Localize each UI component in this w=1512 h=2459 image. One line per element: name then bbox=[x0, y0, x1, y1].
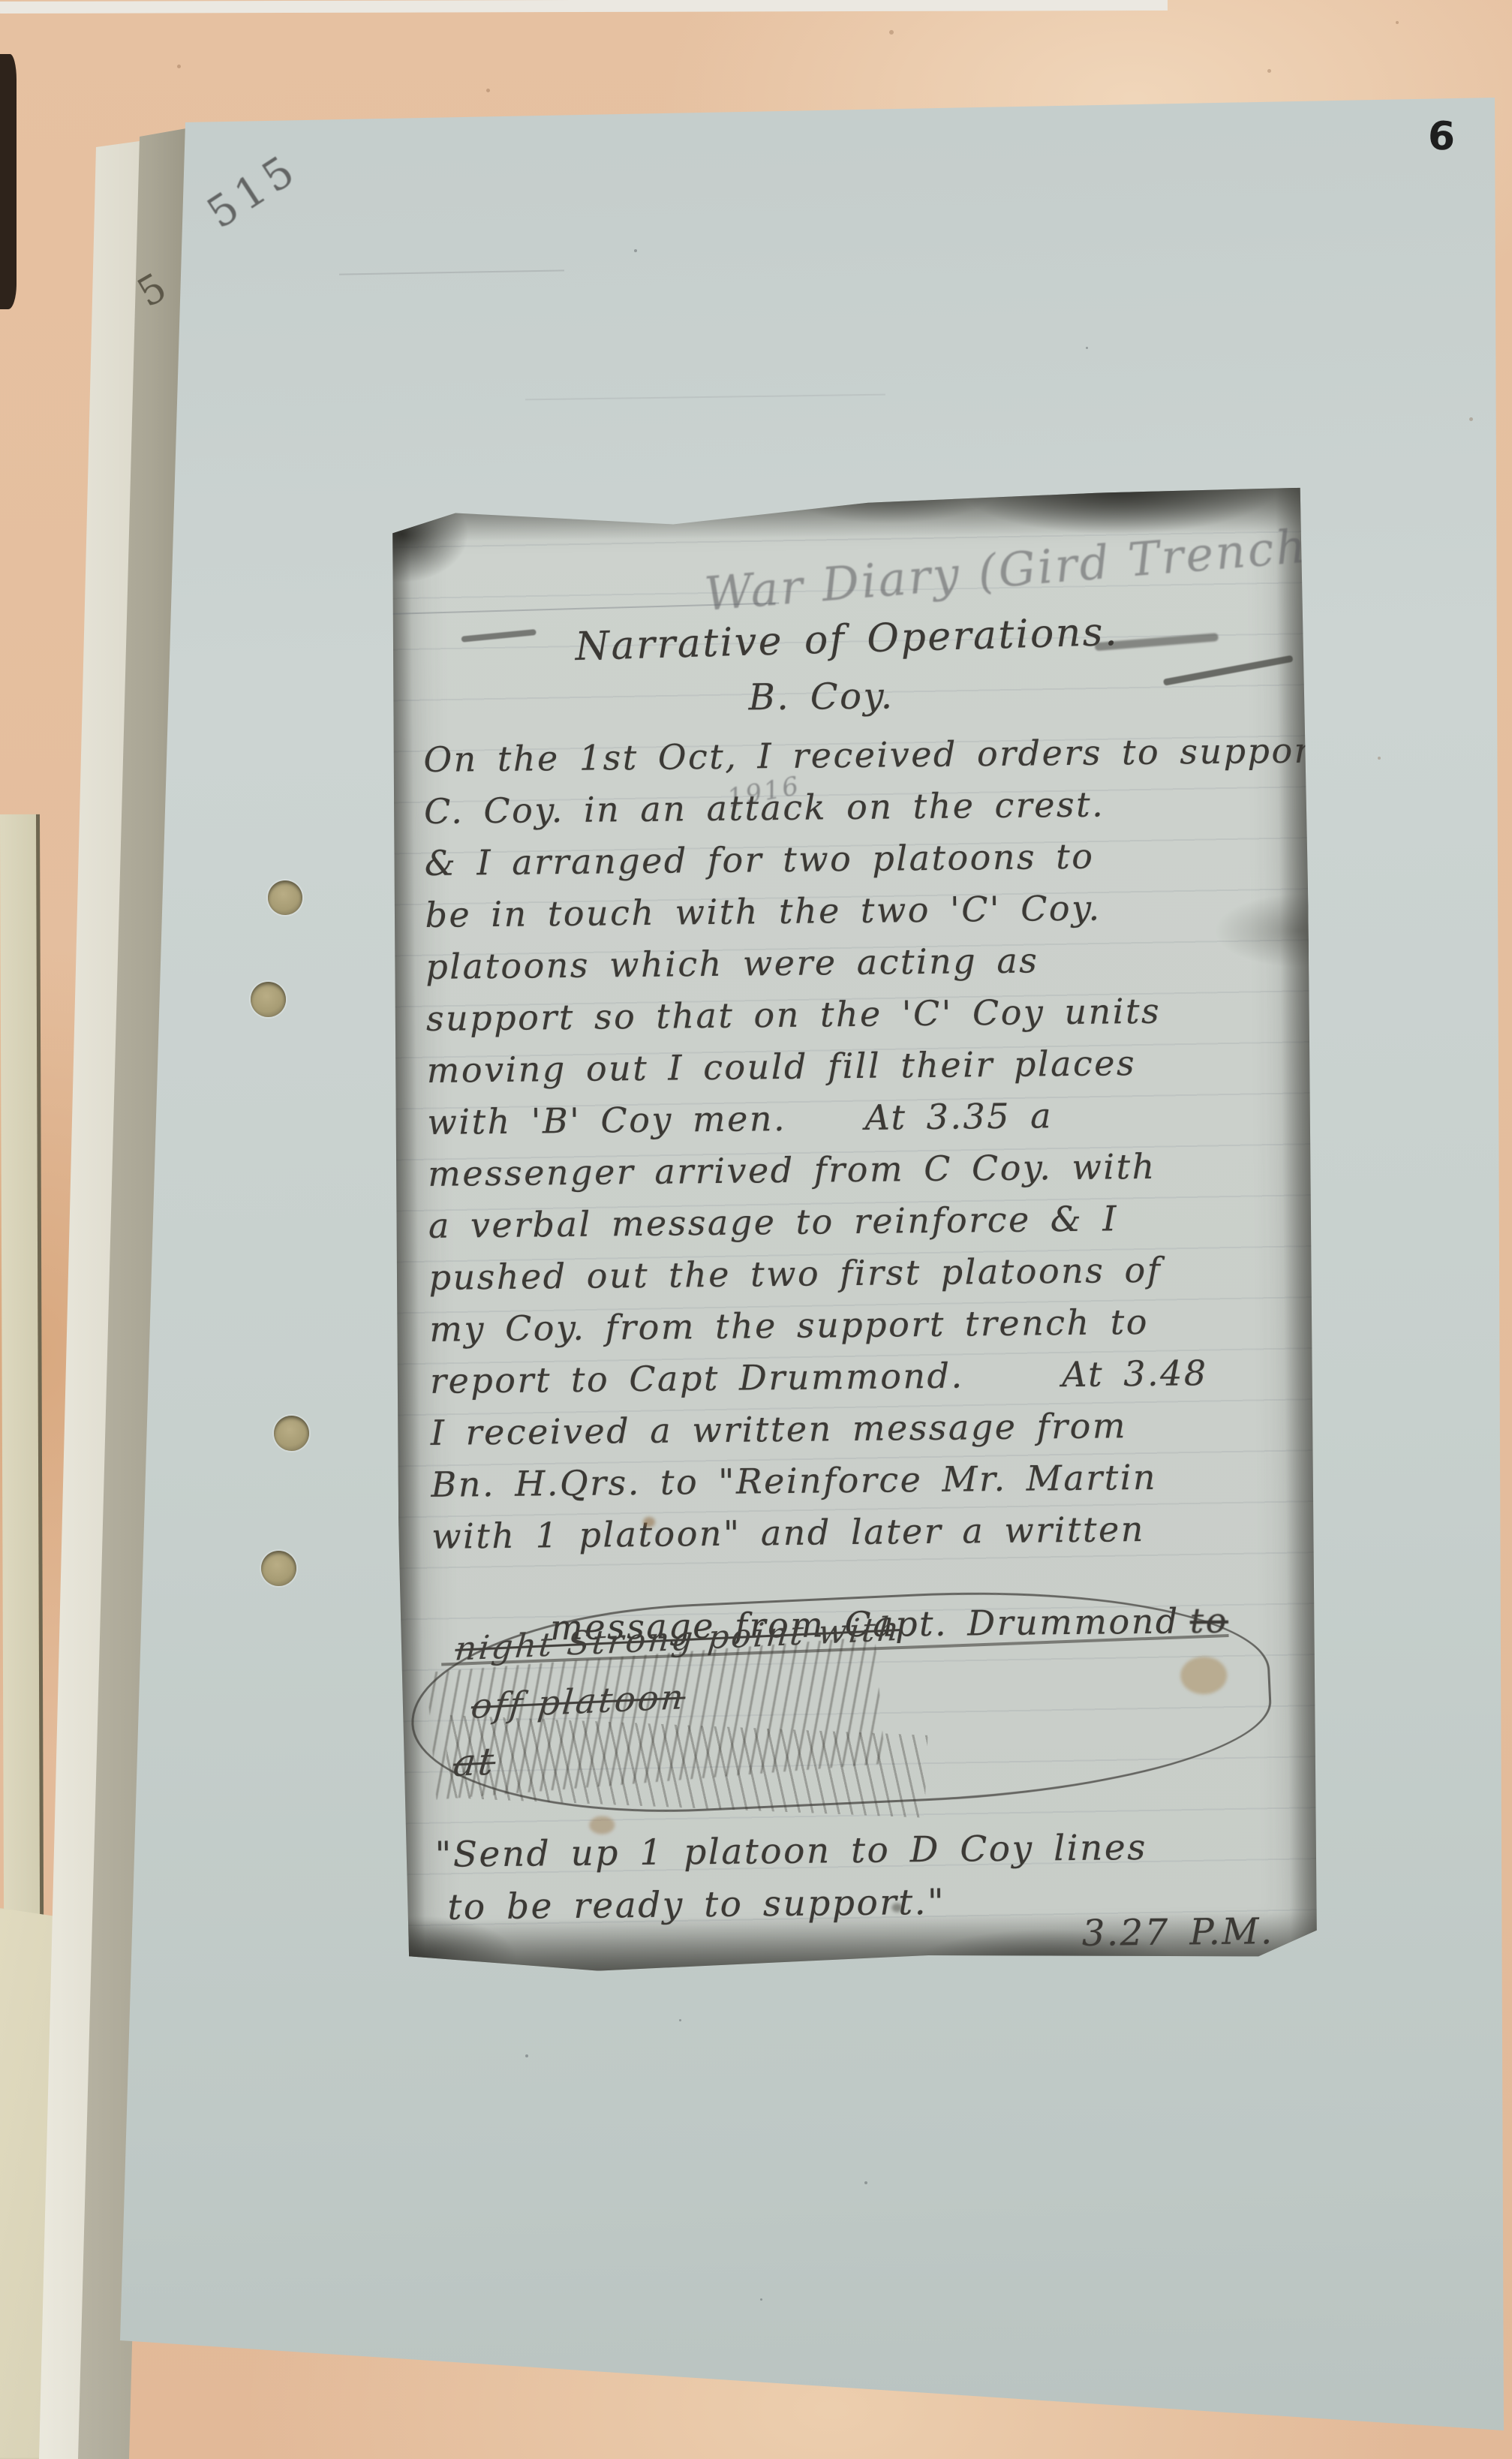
stain bbox=[643, 1517, 655, 1527]
paper-speck bbox=[864, 2181, 867, 2184]
photograph: War Diary (Gird Trench) Narrative of Ope… bbox=[388, 488, 1320, 1973]
diary-line: report to Capt Drummond. At 3.48 bbox=[430, 1353, 1208, 1401]
diary-line: with 1 platoon" and later a written bbox=[431, 1509, 1145, 1557]
punch-hole-4 bbox=[261, 1551, 296, 1586]
paper-speck bbox=[679, 2019, 681, 2021]
partial-stamp-number: 5 bbox=[131, 263, 179, 317]
paper-speck bbox=[1469, 417, 1473, 421]
punch-hole-1 bbox=[268, 880, 302, 915]
diary-line: messenger arrived from C Coy. with bbox=[428, 1146, 1156, 1194]
paper-speck bbox=[1267, 69, 1271, 73]
stain bbox=[891, 1903, 902, 1912]
paper-speck bbox=[486, 89, 490, 92]
page-number: 6 bbox=[1427, 113, 1456, 159]
paper-speck bbox=[1396, 21, 1399, 24]
punch-hole-2 bbox=[251, 982, 286, 1017]
document-title: Narrative of Operations. bbox=[456, 606, 1237, 673]
diary-line: my Coy. from the support trench to bbox=[429, 1302, 1149, 1350]
paper-speck bbox=[1086, 347, 1088, 349]
diary-line: with 'B' Coy men. At 3.35 a bbox=[427, 1095, 1053, 1142]
album-page-scan: 5 515 6 War Diary (Gird Trench) Narrativ… bbox=[0, 0, 1512, 2459]
diary-line: platoons which were acting as bbox=[425, 940, 1039, 987]
time-note: 3.27 P.M. bbox=[1082, 1910, 1274, 1955]
title-swoosh bbox=[1163, 655, 1294, 686]
paper-speck bbox=[177, 65, 181, 68]
paper-speck bbox=[889, 30, 894, 35]
diary-line: a verbal message to reinforce & I bbox=[428, 1198, 1119, 1246]
company-heading: B. Coy. bbox=[464, 672, 1178, 721]
binding-edge bbox=[0, 54, 17, 309]
paper-speck bbox=[634, 249, 637, 252]
diary-line: & I arranged for two platoons to bbox=[425, 836, 1095, 883]
stain bbox=[589, 1816, 615, 1834]
diary-line: support so that on the 'C' Coy units bbox=[426, 991, 1162, 1039]
paper-speck bbox=[525, 2054, 528, 2057]
diary-line: be in touch with the two 'C' Coy. bbox=[425, 888, 1102, 935]
scan-top-edge bbox=[0, 0, 1168, 14]
diary-line: On the 1st Oct, I received orders to sup… bbox=[423, 730, 1328, 780]
paper-speck bbox=[760, 2298, 762, 2301]
diary-line: Bn. H.Qrs. to "Reinforce Mr. Martin bbox=[431, 1457, 1157, 1505]
diary-line: C. Coy. in an attack on the crest. bbox=[424, 784, 1105, 831]
closing-line: to be ready to support." bbox=[447, 1882, 945, 1928]
diary-line: moving out I could fill their places bbox=[426, 1043, 1136, 1091]
punch-hole-3 bbox=[274, 1416, 309, 1451]
paper-speck bbox=[1378, 757, 1381, 760]
closing-line: "Send up 1 platoon to D Coy lines bbox=[434, 1827, 1147, 1876]
diary-line: pushed out the two first platoons of bbox=[428, 1250, 1162, 1298]
diary-line: I received a written message from bbox=[431, 1405, 1128, 1453]
